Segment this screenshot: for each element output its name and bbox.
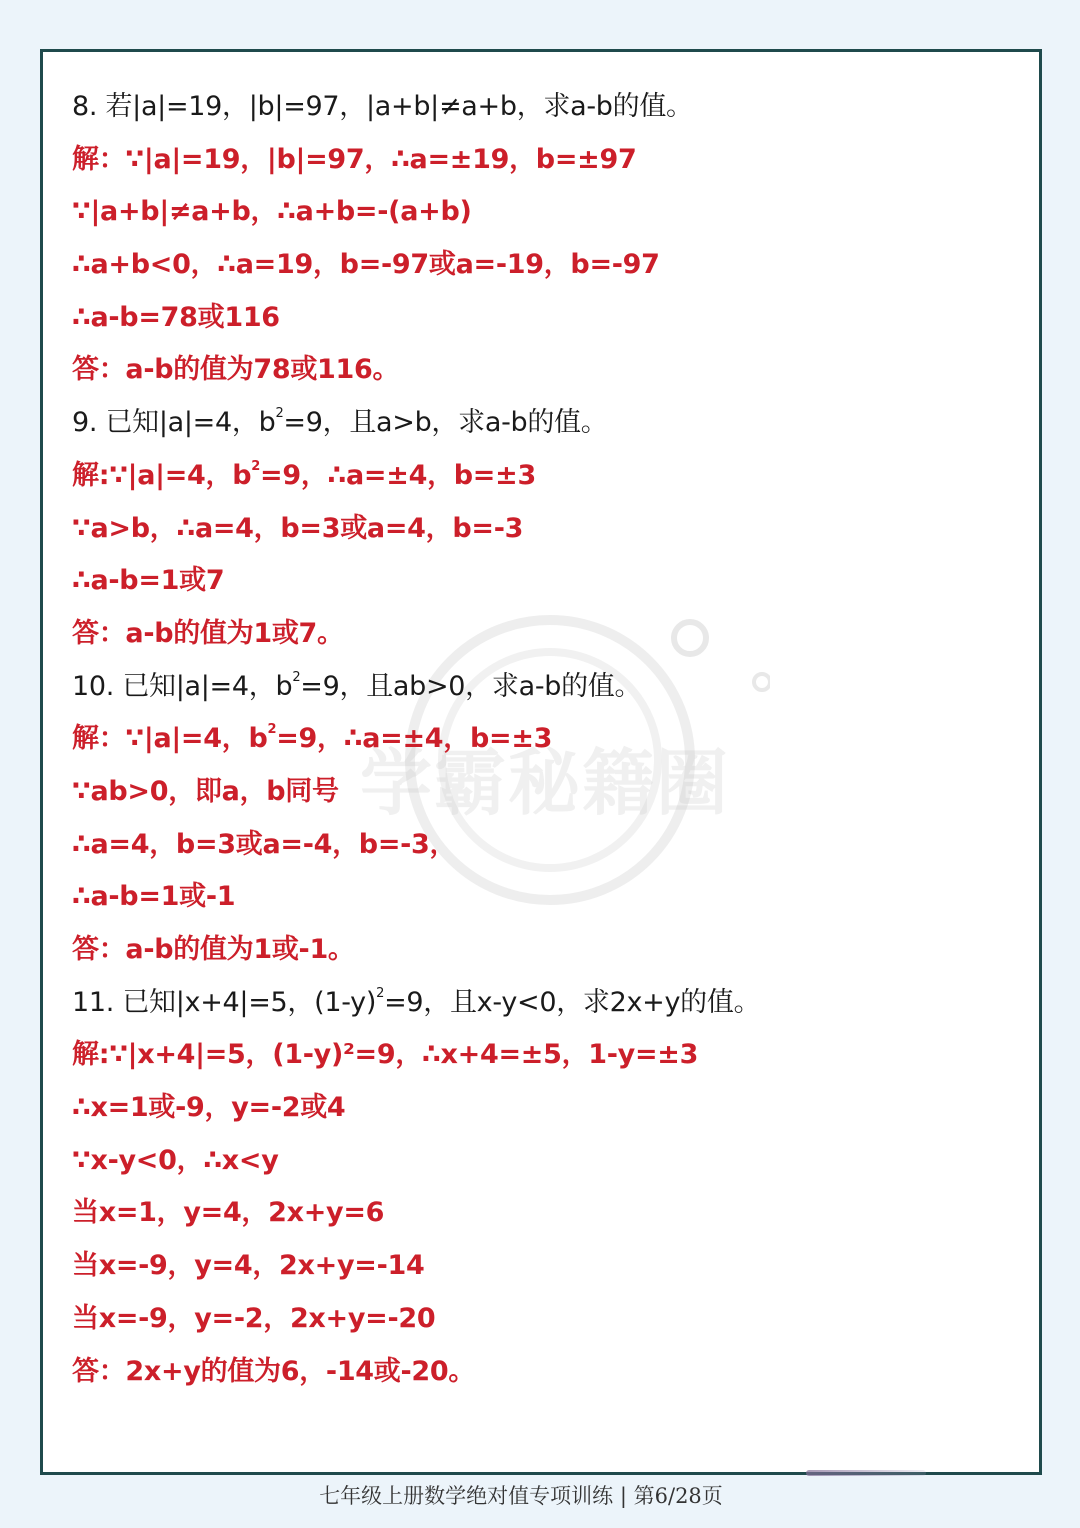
problem-9-question: 9. 已知|a|=4，b2=9，且a>b，求a-b的值。 — [72, 400, 1012, 453]
problem-10-solution-line: ∴a=4，b=3或a=-4，b=-3， — [72, 822, 1012, 875]
solution-text: =9，∴a=±4，b=±3 — [276, 723, 552, 754]
question-text: =9，且x-y<0，求2x+y的值。 — [384, 987, 760, 1018]
solution-text: 解:∵|a|=4，b — [72, 460, 251, 491]
problem-8-final-answer: 答：a-b的值为78或116。 — [72, 347, 1012, 400]
problem-11-solution-line: 当x=1，y=4，2x+y=6 — [72, 1190, 1012, 1243]
question-text: =9，且a>b，求a-b的值。 — [283, 407, 607, 438]
problem-10-solution-line: ∴a-b=1或-1 — [72, 874, 1012, 927]
question-text: 9. 已知|a|=4，b — [72, 407, 275, 438]
superscript: 2 — [376, 986, 384, 1001]
page-footer: 七年级上册数学绝对值专项训练 | 第6/28页 — [0, 1480, 1080, 1510]
problem-9-solution-line: ∴a-b=1或7 — [72, 558, 1012, 611]
problem-8-solution-line: 解：∵|a|=19，|b|=97，∴a=±19，b=±97 — [72, 137, 1012, 190]
page-number: 第6/28页 — [634, 1484, 723, 1508]
problem-11-solution-line: 当x=-9，y=-2，2x+y=-20 — [72, 1296, 1012, 1349]
problem-11-solution-line: ∴x=1或-9，y=-2或4 — [72, 1085, 1012, 1138]
solution-text: 解：∵|a|=4，b — [72, 723, 267, 754]
question-text: 11. 已知|x+4|=5，(1-y) — [72, 987, 376, 1018]
scan-smudge — [806, 1470, 926, 1476]
solution-text: =9，∴a=±4，b=±3 — [260, 460, 536, 491]
superscript: 2 — [251, 459, 260, 474]
problem-8-question: 8. 若|a|=19，|b|=97，|a+b|≠a+b，求a-b的值。 — [72, 84, 1012, 137]
problem-10-solution-line: 解：∵|a|=4，b2=9，∴a=±4，b=±3 — [72, 716, 1012, 769]
superscript: 2 — [267, 722, 276, 737]
problem-8-solution-line: ∵|a+b|≠a+b，∴a+b=-(a+b) — [72, 189, 1012, 242]
problem-10-question: 10. 已知|a|=4，b2=9，且ab>0，求a-b的值。 — [72, 664, 1012, 717]
problem-11-solution-line: 当x=-9，y=4，2x+y=-14 — [72, 1243, 1012, 1296]
problem-9-solution-line: ∵a>b，∴a=4，b=3或a=4，b=-3 — [72, 506, 1012, 559]
problem-11-solution-line: ∵x-y<0，∴x<y — [72, 1138, 1012, 1191]
problem-11-final-answer: 答：2x+y的值为6，-14或-20。 — [72, 1349, 1012, 1402]
problem-11-solution-line: 解:∵|x+4|=5，(1-y)²=9，∴x+4=±5，1-y=±3 — [72, 1032, 1012, 1085]
problem-11-question: 11. 已知|x+4|=5，(1-y)2=9，且x-y<0，求2x+y的值。 — [72, 980, 1012, 1033]
problem-8-solution-line: ∴a-b=78或116 — [72, 295, 1012, 348]
problem-10-solution-line: ∵ab>0，即a，b同号 — [72, 769, 1012, 822]
problem-10-final-answer: 答：a-b的值为1或-1。 — [72, 927, 1012, 980]
problem-8-solution-line: ∴a+b<0，∴a=19，b=-97或a=-19，b=-97 — [72, 242, 1012, 295]
footer-text: 七年级上册数学绝对值专项训练 | 第6/28页 — [319, 1480, 723, 1510]
footer-separator: | — [620, 1484, 627, 1508]
footer-title: 七年级上册数学绝对值专项训练 — [319, 1484, 613, 1508]
problem-9-solution-line: 解:∵|a|=4，b2=9，∴a=±4，b=±3 — [72, 453, 1012, 506]
question-text: 10. 已知|a|=4，b — [72, 671, 292, 702]
question-text: =9，且ab>0，求a-b的值。 — [300, 671, 641, 702]
problem-9-final-answer: 答：a-b的值为1或7。 — [72, 611, 1012, 664]
document-content: 8. 若|a|=19，|b|=97，|a+b|≠a+b，求a-b的值。 解：∵|… — [72, 84, 1012, 1401]
